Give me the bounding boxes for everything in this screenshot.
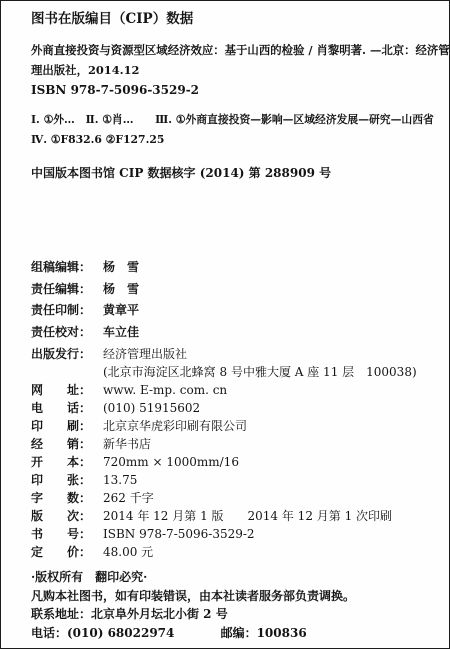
- field-value: 经济管理出版社: [103, 345, 187, 363]
- field-label: 出版发行：: [31, 345, 103, 363]
- editors-block: 组稿编辑： 杨 雪 责任编辑： 杨 雪 责任印制： 黄章平 责任校对： 车立佳: [31, 257, 429, 343]
- field-value: www. E-mp. com. cn: [103, 381, 227, 399]
- contact-line: 电话：(010) 68022974 邮编：100836: [31, 624, 429, 643]
- publication-row: 印 刷： 北京京华虎彩印刷有限公司: [31, 417, 429, 435]
- publication-row: 字 数： 262 千字: [31, 489, 429, 507]
- contact-phone: 电话：(010) 68022974: [31, 626, 174, 640]
- field-label: 组稿编辑：: [31, 257, 103, 279]
- contact-address: 联系地址：北京阜外月坛北小街 2 号: [31, 605, 429, 624]
- field-label: 责任印制：: [31, 300, 103, 322]
- field-label-spacer: [31, 363, 103, 381]
- field-label: 电 话：: [31, 399, 103, 417]
- copyright-page: 图书在版编目（CIP）数据 外商直接投资与资源型区域经济效应：基于山西的检验 /…: [0, 0, 450, 649]
- footer-block: ·版权所有 翻印必究· 凡购本社图书，如有印装错误，由本社读者服务部负责调换。 …: [31, 568, 429, 642]
- field-value: 杨 雪: [103, 279, 139, 301]
- publication-block: 出版发行： 经济管理出版社 (北京市海淀区北蜂窝 8 号中雅大厦 A 座 11 …: [31, 345, 429, 561]
- field-label: 开 本：: [31, 453, 103, 471]
- publication-row: 经 销： 新华书店: [31, 435, 429, 453]
- field-value: 720mm × 1000mm/16: [103, 453, 239, 471]
- publication-row: 开 本： 720mm × 1000mm/16: [31, 453, 429, 471]
- cip-block: 图书在版编目（CIP）数据 外商直接投资与资源型区域经济效应：基于山西的检验 /…: [31, 10, 429, 183]
- publication-row: 定 价： 48.00 元: [31, 543, 429, 561]
- publisher-address-row: (北京市海淀区北蜂窝 8 号中雅大厦 A 座 11 层 100038): [31, 363, 429, 381]
- book-description-line1: 外商直接投资与资源型区域经济效应：基于山西的检验 / 肖黎明著. —北京：经济管: [31, 40, 429, 60]
- publication-row: 书 号： ISBN 978-7-5096-3529-2: [31, 525, 429, 543]
- field-label: 责任编辑：: [31, 279, 103, 301]
- postcode: 邮编：100836: [221, 626, 307, 640]
- field-value: (010) 51915602: [103, 399, 200, 417]
- field-value: 262 千字: [103, 489, 154, 507]
- field-label: 印 刷：: [31, 417, 103, 435]
- field-value: 2014 年 12 月第 1 版 2014 年 12 月第 1 次印刷: [103, 507, 392, 525]
- field-value: 车立佳: [103, 322, 139, 344]
- field-value: ISBN 978-7-5096-3529-2: [103, 525, 255, 543]
- classification-line2: Ⅳ. ①F832.6 ②F127.25: [31, 130, 429, 150]
- editor-row: 责任校对： 车立佳: [31, 322, 429, 344]
- publication-row: 印 张： 13.75: [31, 471, 429, 489]
- book-description-line2: 理出版社，2014.12: [31, 60, 429, 80]
- field-label: 网 址：: [31, 381, 103, 399]
- cip-heading: 图书在版编目（CIP）数据: [31, 10, 429, 29]
- book-description: 外商直接投资与资源型区域经济效应：基于山西的检验 / 肖黎明著. —北京：经济管…: [31, 40, 429, 80]
- field-label: 字 数：: [31, 489, 103, 507]
- field-label: 责任校对：: [31, 322, 103, 344]
- field-value: 48.00 元: [103, 543, 153, 561]
- classification-line1: Ⅰ. ①外… Ⅱ. ①肖… Ⅲ. ①外商直接投资—影响—区域经济发展—研究—山西…: [31, 110, 429, 130]
- field-value: 13.75: [103, 471, 137, 489]
- cip-registration-number: 中国版本图书馆 CIP 数据核字 (2014) 第 288909 号: [31, 163, 429, 183]
- field-label: 版 次：: [31, 507, 103, 525]
- field-label: 定 价：: [31, 543, 103, 561]
- field-label: 经 销：: [31, 435, 103, 453]
- publication-row: 版 次： 2014 年 12 月第 1 版 2014 年 12 月第 1 次印刷: [31, 507, 429, 525]
- field-label: 书 号：: [31, 525, 103, 543]
- field-label: 印 张：: [31, 471, 103, 489]
- editor-row: 组稿编辑： 杨 雪: [31, 257, 429, 279]
- classification-lines: Ⅰ. ①外… Ⅱ. ①肖… Ⅲ. ①外商直接投资—影响—区域经济发展—研究—山西…: [31, 110, 429, 150]
- publication-row: 网 址： www. E-mp. com. cn: [31, 381, 429, 399]
- editor-row: 责任编辑： 杨 雪: [31, 279, 429, 301]
- editor-row: 责任印制： 黄章平: [31, 300, 429, 322]
- field-value: 新华书店: [103, 435, 151, 453]
- publisher-address: (北京市海淀区北蜂窝 8 号中雅大厦 A 座 11 层 100038): [103, 363, 417, 381]
- field-value: 杨 雪: [103, 257, 139, 279]
- field-value: 黄章平: [103, 300, 139, 322]
- exchange-note: 凡购本社图书，如有印装错误，由本社读者服务部负责调换。: [31, 587, 429, 606]
- publication-row: 电 话： (010) 51915602: [31, 399, 429, 417]
- field-value: 北京京华虎彩印刷有限公司: [103, 417, 247, 435]
- publication-row: 出版发行： 经济管理出版社: [31, 345, 429, 363]
- copyright-notice: ·版权所有 翻印必究·: [31, 568, 429, 587]
- isbn-line: ISBN 978-7-5096-3529-2: [31, 80, 429, 100]
